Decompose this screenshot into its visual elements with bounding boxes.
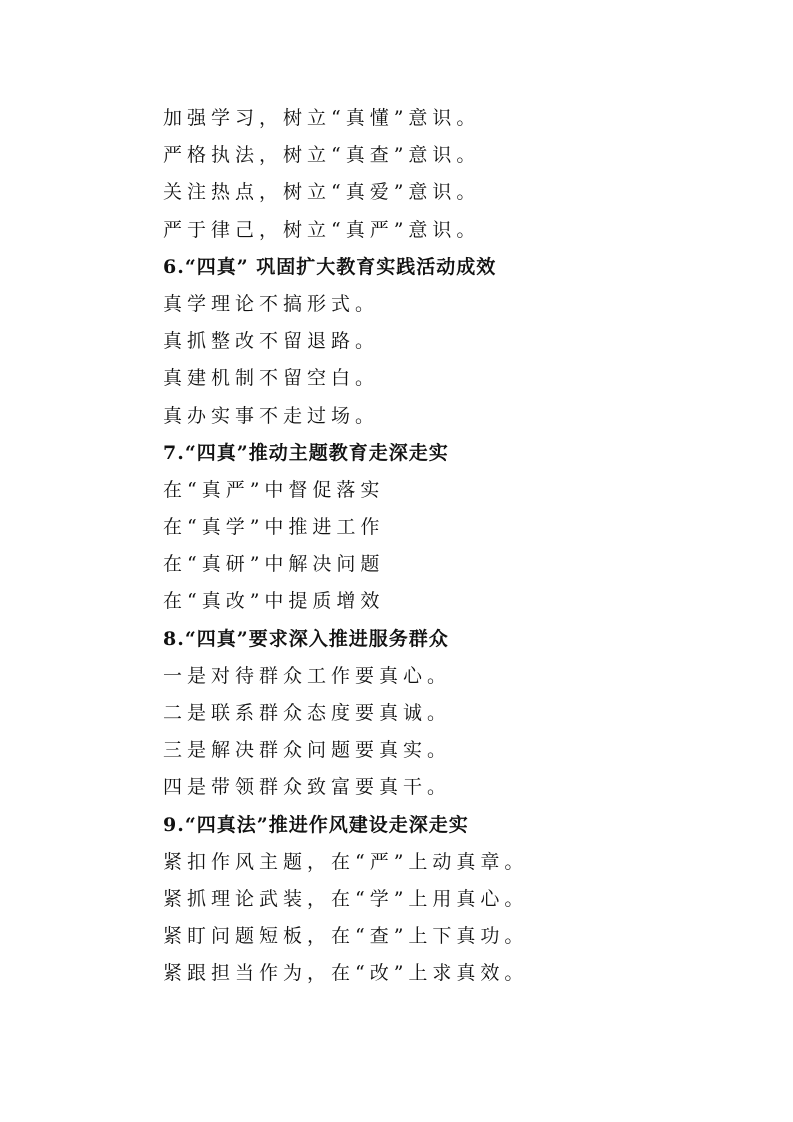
body-line: 在“真改”中提质增效 [163,583,723,620]
body-line: 三是解决群众问题要真实。 [163,732,723,769]
body-line: 关注热点，树立“真爱”意识。 [163,174,723,211]
body-line: 真办实事不走过场。 [163,398,723,435]
section-heading: 6.“四真” 巩固扩大教育实践活动成效 [163,249,723,286]
body-line: 真抓整改不留退路。 [163,323,723,360]
body-line: 在“真研”中解决问题 [163,546,723,583]
body-line: 紧盯问题短板，在“查”上下真功。 [163,918,723,955]
body-line: 紧扣作风主题，在“严”上动真章。 [163,844,723,881]
body-line: 一是对待群众工作要真心。 [163,658,723,695]
body-line: 二是联系群众态度要真诚。 [163,695,723,732]
body-line: 在“真学”中推进工作 [163,509,723,546]
section-heading: 9.“四真法”推进作风建设走深走实 [163,807,723,844]
document-page: 加强学习，树立“真懂”意识。 严格执法，树立“真查”意识。 关注热点，树立“真爱… [163,100,723,993]
body-line: 四是带领群众致富要真干。 [163,769,723,806]
section-heading: 7.“四真”推动主题教育走深走实 [163,435,723,472]
body-line: 真学理论不搞形式。 [163,286,723,323]
body-line: 紧跟担当作为，在“改”上求真效。 [163,955,723,992]
body-line: 严于律己，树立“真严”意识。 [163,212,723,249]
body-line: 紧抓理论武装，在“学”上用真心。 [163,881,723,918]
body-line: 加强学习，树立“真懂”意识。 [163,100,723,137]
section-heading: 8.“四真”要求深入推进服务群众 [163,621,723,658]
body-line: 严格执法，树立“真查”意识。 [163,137,723,174]
body-line: 在“真严”中督促落实 [163,472,723,509]
body-line: 真建机制不留空白。 [163,360,723,397]
